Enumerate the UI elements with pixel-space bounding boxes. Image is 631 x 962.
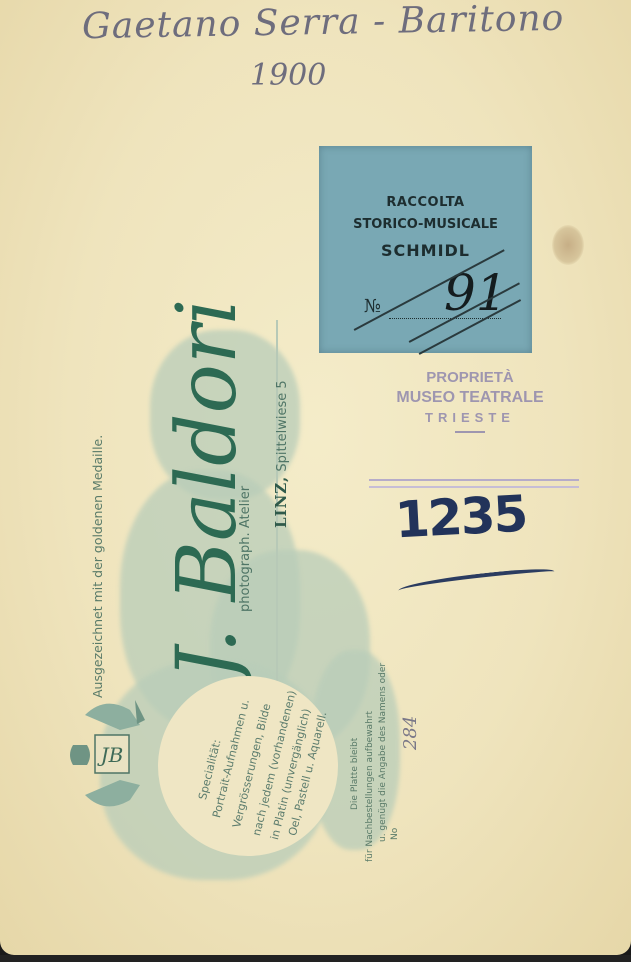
property-stamp: PROPRIETÀ MUSEO TEATRALE TRIESTE xyxy=(375,368,565,433)
address-text: LINZ, Spittelwiese 5 xyxy=(272,380,290,528)
plate-no-label: No xyxy=(390,828,400,840)
handwritten-name: Gaetano Serra - Baritono xyxy=(82,0,565,47)
atelier-text: photograph. Atelier xyxy=(238,486,253,612)
stamp-line-3: TRIESTE xyxy=(375,408,565,428)
plate-note-line: für Nachbestellungen aufbewahrt xyxy=(365,711,375,862)
plate-note-line: Die Platte bleibt xyxy=(350,738,360,810)
photographer-imprint: JB J. Baldori Ausgezeichnet mit der gold… xyxy=(60,320,400,880)
street: Spittelwiese 5 xyxy=(275,380,290,471)
award-text: Ausgezeichnet mit der goldenen Medaille. xyxy=(90,435,105,698)
stamp-dash xyxy=(455,431,485,433)
scan-background xyxy=(0,955,631,962)
handwritten-year: 1900 xyxy=(250,58,326,93)
label-line-1: RACCOLTA xyxy=(319,195,532,210)
speciality-medallion: Specialität: Portrait-Aufnahmen u. Vergr… xyxy=(158,676,338,856)
cabinet-card-back: Gaetano Serra - Baritono 1900 RACCOLTA S… xyxy=(0,0,631,955)
number-prefix: № xyxy=(364,296,381,317)
inventory-underline xyxy=(398,566,556,596)
plate-no-value: 284 xyxy=(400,716,421,750)
svg-text:JB: JB xyxy=(97,743,124,767)
city: LINZ, xyxy=(272,476,290,528)
royal-crest-icon: JB xyxy=(65,690,155,840)
stamp-line-1: PROPRIETÀ xyxy=(375,368,565,388)
stamp-line-2: MUSEO TEATRALE xyxy=(375,388,565,408)
plate-note-line: u. genügt die Angabe des Namens oder xyxy=(378,663,388,842)
label-line-2: STORICO-MUSICALE xyxy=(319,217,532,232)
inventory-number: 1235 xyxy=(394,485,528,550)
stain xyxy=(552,225,584,265)
